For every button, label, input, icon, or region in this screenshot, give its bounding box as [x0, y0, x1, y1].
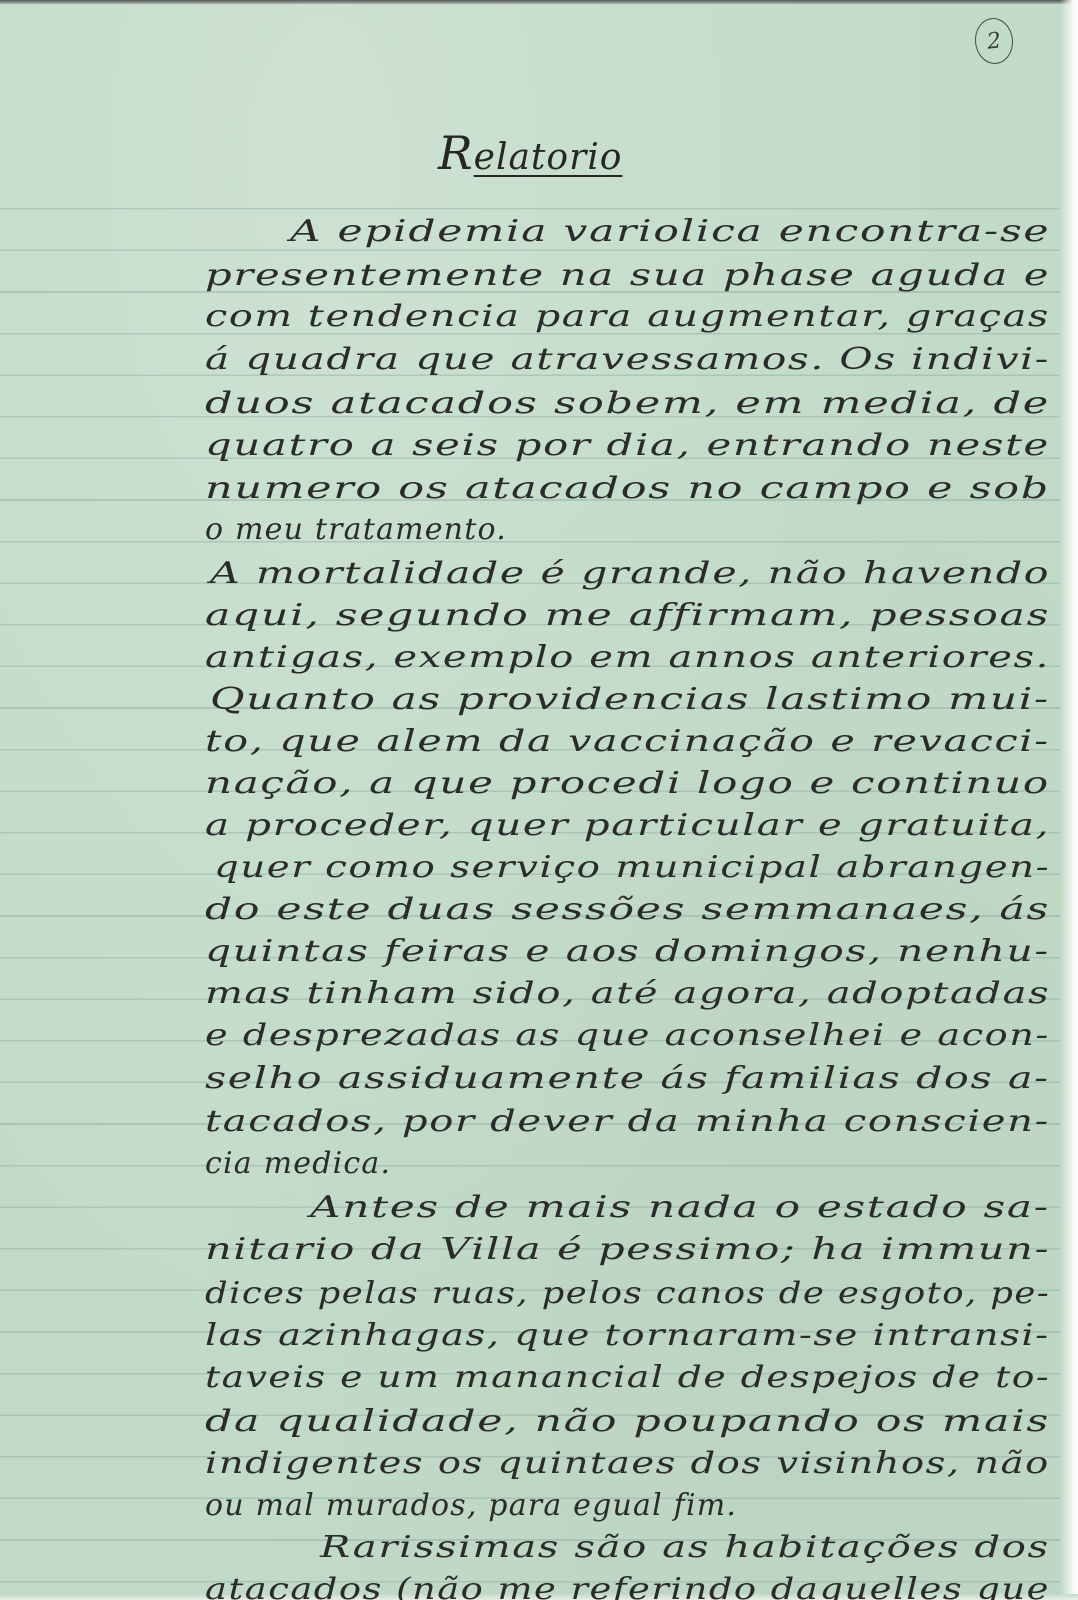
page-title: Relatorio: [438, 126, 622, 180]
manuscript-line: Antes de mais nada o estado sa-: [310, 1190, 1050, 1225]
manuscript-line: e desprezadas as que aconselhei e acon-: [205, 1018, 1050, 1053]
manuscript-line: selho assiduamente ás familias dos a-: [205, 1061, 1050, 1096]
page-right-edge: [1060, 0, 1078, 1600]
manuscript-line: do este duas sessões semmanaes, ás: [205, 892, 1050, 927]
manuscript-line: numero os atacados no campo e sob: [205, 471, 1050, 506]
manuscript-line: cia medica.: [205, 1146, 391, 1181]
manuscript-line: tacados, por dever da minha conscien-: [205, 1104, 1050, 1139]
manuscript-line: Rarissimas são as habitações dos: [320, 1530, 1050, 1565]
manuscript-line: aqui, segundo me affirmam, pessoas: [205, 598, 1050, 633]
manuscript-line: dices pelas ruas, pelos canos de esgoto,…: [205, 1276, 1050, 1311]
title-rest: elatorio: [474, 137, 623, 178]
page-number: 2: [973, 16, 1016, 66]
manuscript-line: atacados (não me referindo daquelles que: [205, 1572, 1050, 1600]
manuscript-line: a proceder, quer particular e gratuita,: [205, 808, 1050, 843]
manuscript-line: á quadra que atravessamos. Os indivi-: [205, 342, 1050, 377]
page-top-edge: [0, 0, 1078, 4]
manuscript-line: Quanto as providencias lastimo mui-: [210, 682, 1050, 717]
manuscript-line: duos atacados sobem, em media, de: [205, 386, 1050, 421]
manuscript-line: indigentes os quintaes dos visinhos, não: [205, 1446, 1050, 1481]
manuscript-line: quintas feiras e aos domingos, nenhu-: [205, 934, 1050, 969]
manuscript-line: quer como serviço municipal abrangen-: [214, 850, 1050, 885]
manuscript-line: antigas, exemplo em annos anteriores.: [205, 640, 1050, 675]
manuscript-line: las azinhagas, que tornaram-se intransi-: [205, 1318, 1050, 1353]
manuscript-line: nação, a que procedi logo e continuo: [205, 766, 1050, 801]
manuscript-line: nitario da Villa é pessimo; ha immun-: [205, 1232, 1050, 1267]
manuscript-line: A mortalidade é grande, não havendo: [210, 556, 1050, 591]
manuscript-line: o meu tratamento.: [205, 512, 507, 547]
manuscript-line: mas tinham sido, até agora, adoptadas: [205, 976, 1050, 1011]
manuscript-line: taveis e um manancial de despejos de to-: [205, 1360, 1050, 1395]
manuscript-line: quatro a seis por dia, entrando neste: [205, 428, 1050, 463]
manuscript-line: da qualidade, não poupando os mais: [205, 1404, 1050, 1439]
manuscript-line: to, que alem da vaccinação e revacci-: [205, 724, 1050, 759]
manuscript-line: com tendencia para augmentar, graças: [205, 299, 1050, 334]
manuscript-line: ou mal murados, para egual fim.: [205, 1488, 737, 1523]
manuscript-line: presentemente na sua phase aguda e: [205, 258, 1050, 293]
title-initial: R: [438, 126, 474, 180]
manuscript-page: 2 Relatorio A epidemia variolica encontr…: [0, 0, 1078, 1600]
manuscript-line: A epidemia variolica encontra-se: [290, 214, 1050, 249]
